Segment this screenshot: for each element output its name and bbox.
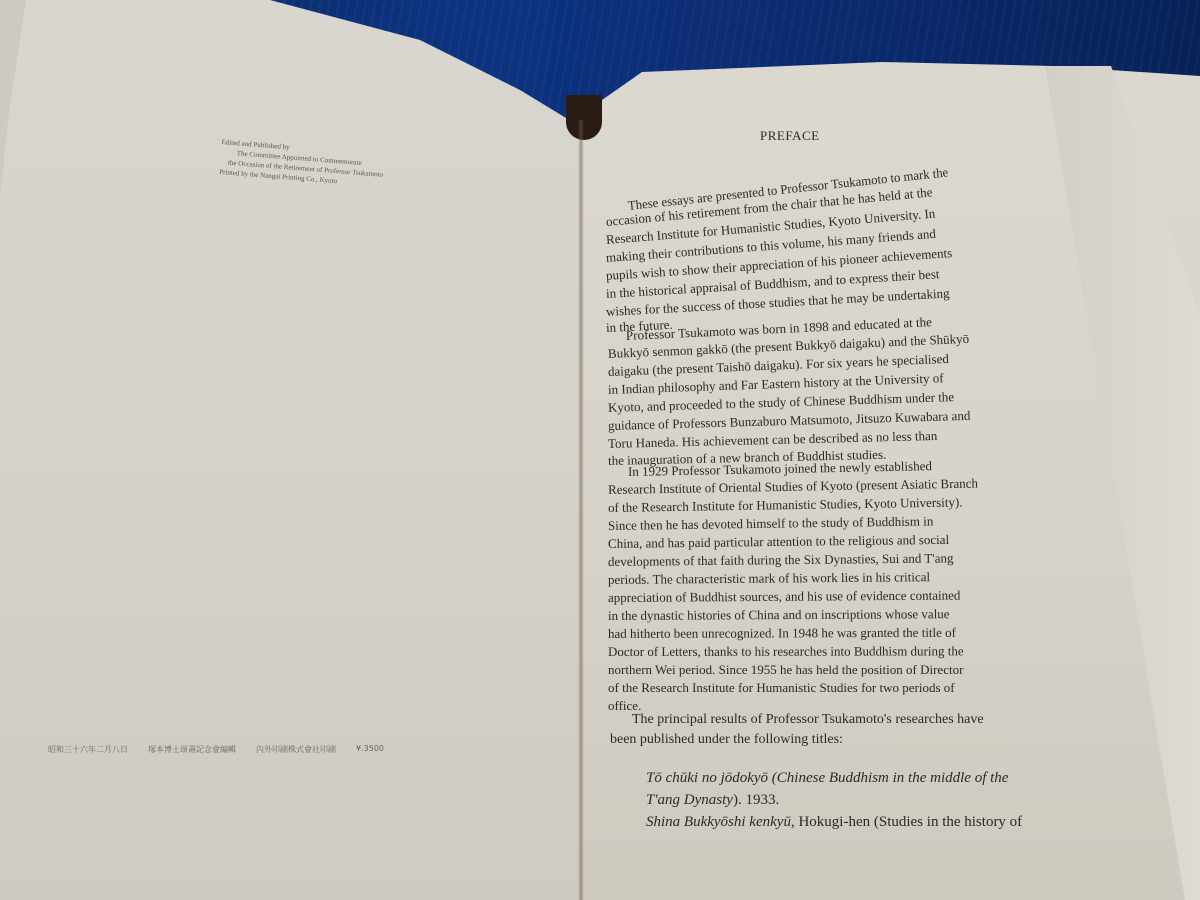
publication-title-italic: T'ang Dynasty [646, 792, 733, 808]
publication-title: Tō chūki no jōdokyō (Chinese Buddhism in… [646, 770, 1008, 787]
text-line: of the Research Institute for Humanistic… [608, 680, 955, 696]
imprint-editor: 塚本博士頌壽記念會編輯 [148, 744, 236, 755]
imprint-printer: 內外印刷株式會社印刷 [256, 744, 336, 755]
text-line: The principal results of Professor Tsuka… [632, 712, 984, 728]
left-page [0, 0, 582, 900]
text-line: Doctor of Letters, thanks to his researc… [608, 643, 964, 660]
book-gutter [578, 120, 584, 900]
text-line: periods. The characteristic mark of his … [608, 569, 930, 588]
text-line: been published under the following title… [610, 732, 843, 748]
japanese-imprint: 昭和三十六年二月八日 塚本博士頌壽記念會編輯 內外印刷株式會社印刷 ¥.3500 [48, 744, 468, 755]
text-line: northern Wei period. Since 1955 he has h… [608, 662, 963, 678]
publication-title-italic: Tō chūki no jōdokyō (Chinese Buddhism in… [646, 770, 1008, 786]
imprint-date: 昭和三十六年二月八日 [48, 744, 128, 755]
publication-title: T'ang Dynasty). 1933. [646, 792, 779, 809]
imprint-price: ¥.3500 [356, 744, 384, 755]
text-line: had hitherto been unrecognized. In 1948 … [608, 625, 956, 642]
publication-title-italic: Shina Bukkyōshi kenkyū [646, 814, 791, 830]
publication-title: Shina Bukkyōshi kenkyū, Hokugi-hen (Stud… [646, 814, 1022, 831]
spine-shadow [566, 95, 602, 140]
page-title: PREFACE [760, 128, 820, 144]
text-line: in the dynastic histories of China and o… [608, 606, 950, 624]
text-line: appreciation of Buddhist sources, and hi… [608, 588, 960, 606]
